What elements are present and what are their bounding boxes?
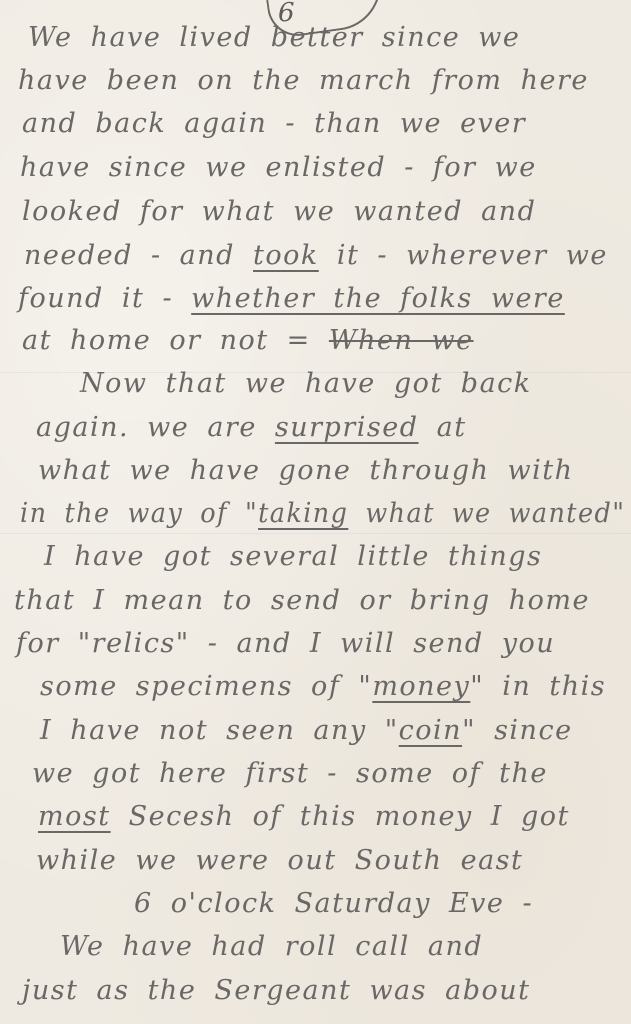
underlined-word: most bbox=[38, 801, 111, 832]
line-text: found it - bbox=[18, 283, 191, 314]
handwritten-line: and back again - than we ever bbox=[22, 108, 526, 139]
line-text: I have not seen any " bbox=[40, 715, 399, 746]
line-text: in the way of " bbox=[20, 498, 258, 529]
handwritten-line: looked for what we wanted and bbox=[22, 196, 536, 227]
line-text: Secesh of this money I got bbox=[111, 801, 570, 832]
handwritten-line: I have not seen any "coin" since bbox=[40, 715, 573, 746]
underlined-word: surprised bbox=[275, 412, 419, 443]
underlined-word: coin bbox=[399, 715, 462, 746]
underlined-word: whether the folks were bbox=[191, 283, 565, 314]
handwritten-line: just as the Sergeant was about bbox=[22, 975, 530, 1006]
underlined-word: taking bbox=[258, 498, 348, 529]
handwritten-line: in the way of "taking what we wanted" bbox=[20, 498, 625, 529]
handwritten-line: while we were out South east bbox=[36, 845, 523, 876]
handwritten-line: we got here first - some of the bbox=[32, 758, 548, 789]
line-text: again. we are bbox=[36, 412, 275, 443]
line-text: at bbox=[419, 412, 467, 443]
line-text: what we wanted" bbox=[348, 498, 625, 529]
handwritten-line: found it - whether the folks were bbox=[18, 283, 565, 314]
handwritten-line: We have lived better since we bbox=[28, 22, 520, 53]
paper-ruling-line bbox=[0, 533, 631, 534]
handwritten-line: again. we are surprised at bbox=[36, 412, 467, 443]
handwritten-line: We have had roll call and bbox=[60, 931, 483, 962]
handwritten-line: at home or not = When we bbox=[22, 325, 474, 356]
handwritten-line: for "relics" - and I will send you bbox=[16, 628, 555, 659]
handwritten-line: that I mean to send or bring home bbox=[14, 585, 590, 616]
handwritten-line: have since we enlisted - for we bbox=[20, 152, 537, 183]
line-text: needed - and bbox=[24, 240, 253, 271]
handwritten-line: what we have gone through with bbox=[38, 455, 574, 486]
handwritten-line: I have got several little things bbox=[44, 541, 542, 572]
letter-page: 6 We have lived better since wehave been… bbox=[0, 0, 631, 1024]
line-text: some specimens of " bbox=[40, 671, 372, 702]
handwritten-line: have been on the march from here bbox=[18, 65, 589, 96]
handwritten-line: some specimens of "money" in this bbox=[40, 671, 606, 702]
underlined-word: took bbox=[253, 240, 319, 271]
handwritten-line: 6 o'clock Saturday Eve - bbox=[134, 888, 533, 919]
line-text: " in this bbox=[470, 671, 606, 702]
handwritten-line: needed - and took it - wherever we bbox=[24, 240, 608, 271]
line-text: it - wherever we bbox=[319, 240, 608, 271]
handwritten-line: Now that we have got back bbox=[80, 368, 532, 399]
struck-text: When we bbox=[329, 325, 474, 356]
handwritten-line: most Secesh of this money I got bbox=[38, 801, 570, 832]
underlined-word: money bbox=[372, 671, 470, 702]
line-text: at home or not = bbox=[22, 325, 329, 356]
line-text: " since bbox=[462, 715, 572, 746]
